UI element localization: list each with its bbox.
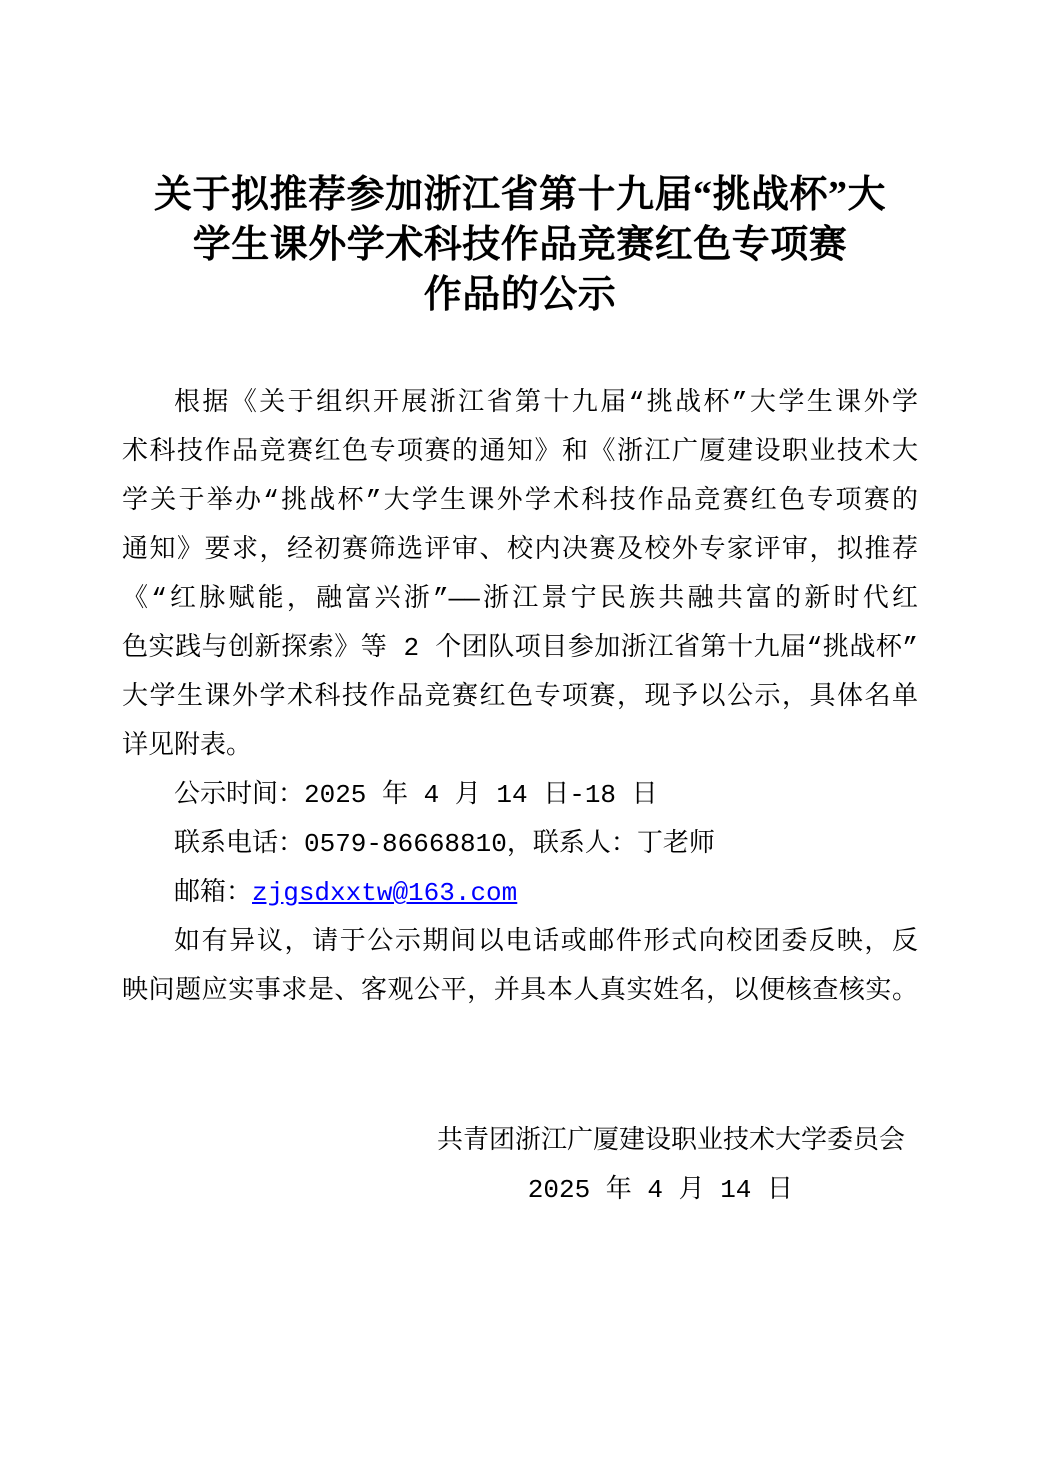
document-title-line-3: 作品的公示 [122, 270, 918, 320]
body-text-line: 学关于举办“挑战杯”大学生课外学术科技作品竞赛红色专项赛的 [122, 477, 918, 526]
document-title: 关于拟推荐参加浙江省第十九届“挑战杯”大 学生课外学术科技作品竞赛红色专项赛 作… [122, 170, 918, 320]
document-title-line-1: 关于拟推荐参加浙江省第十九届“挑战杯”大 [122, 170, 918, 220]
body-text-line: 大学生课外学术科技作品竞赛红色专项赛，现予以公示，具体名单 [122, 673, 918, 722]
signature-block: 共青团浙江广厦建设职业技术大学委员会 2025 年 4 月 14 日 [122, 1117, 918, 1215]
document-page: 关于拟推荐参加浙江省第十九届“挑战杯”大 学生课外学术科技作品竞赛红色专项赛 作… [0, 0, 1040, 1470]
body-text-line: 详见附表。 [122, 722, 918, 771]
body-text-line: 通知》要求，经初赛筛选评审、校内决赛及校外专家评审，拟推荐 [122, 526, 918, 575]
signature-date: 2025 年 4 月 14 日 [122, 1166, 918, 1215]
signature-organization: 共青团浙江广厦建设职业技术大学委员会 [122, 1117, 918, 1166]
body-text-line: 术科技作品竞赛红色专项赛的通知》和《浙江广厦建设职业技术大 [122, 428, 918, 477]
body-text-line: 根据《关于组织开展浙江省第十九届“挑战杯”大学生课外学 [122, 379, 918, 428]
contact-phone-line: 联系电话：0579-86668810，联系人：丁老师 [122, 820, 918, 869]
body-text-line: 色实践与创新探索》等 2 个团队项目参加浙江省第十九届“挑战杯” [122, 624, 918, 673]
publicity-period-line: 公示时间：2025 年 4 月 14 日-18 日 [122, 771, 918, 820]
document-body: 根据《关于组织开展浙江省第十九届“挑战杯”大学生课外学 术科技作品竞赛红色专项赛… [122, 379, 918, 1016]
body-text-line: 《“红脉赋能，融富兴浙”——浙江景宁民族共融共富的新时代红 [122, 575, 918, 624]
body-text-line: 映问题应实事求是、客观公平，并具本人真实姓名，以便核查核实。 [122, 967, 918, 1016]
email-link[interactable]: zjgsdxxtw@163.com [252, 878, 517, 908]
body-text-line: 如有异议，请于公示期间以电话或邮件形式向校团委反映，反 [122, 918, 918, 967]
email-line: 邮箱：zjgsdxxtw@163.com [122, 869, 918, 918]
document-title-line-2: 学生课外学术科技作品竞赛红色专项赛 [122, 220, 918, 270]
email-label: 邮箱： [174, 878, 252, 908]
